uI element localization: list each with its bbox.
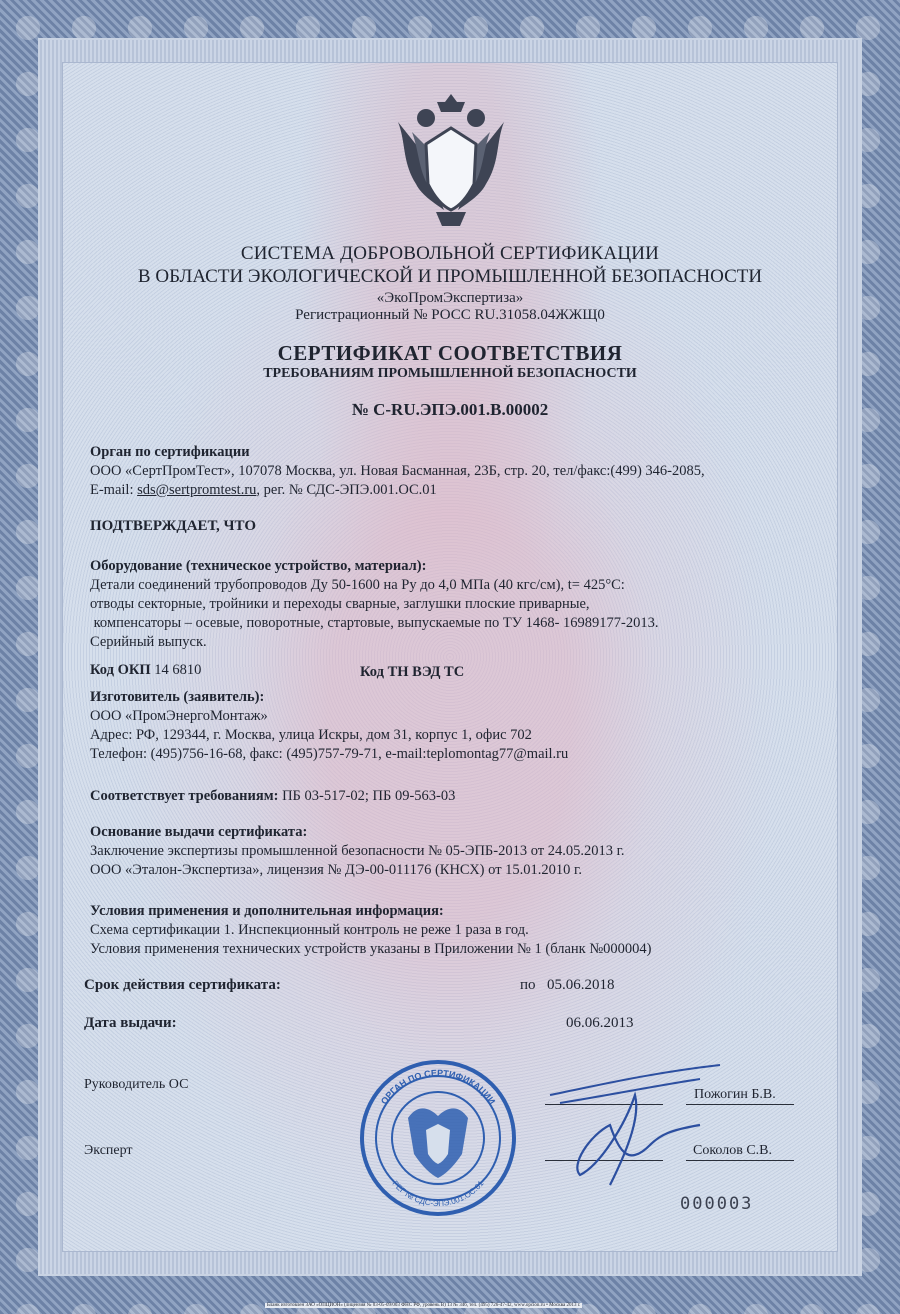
manufacturer-section: Изготовитель (заявитель): ООО «ПромЭнерг… xyxy=(90,688,810,764)
basis-heading: Основание выдачи сертификата: xyxy=(90,823,810,842)
equipment-line: Серийный выпуск. xyxy=(90,633,810,652)
expert-label: Эксперт xyxy=(84,1143,133,1159)
certification-body-heading: Орган по сертификации xyxy=(90,443,810,462)
email-link[interactable]: sds@sertpromtest.ru xyxy=(137,482,256,498)
validity-prefix: по xyxy=(520,977,536,994)
printer-imprint: Бланк изготовлен ЗАО «ОПЦИОН» (лицензия … xyxy=(265,1303,582,1308)
certification-body-address: ООО «СертПромТест», 107078 Москва, ул. Н… xyxy=(90,462,810,481)
confirms-heading: ПОДТВЕРЖДАЕТ, ЧТО xyxy=(90,517,810,536)
equipment-section: Оборудование (техническое устройство, ма… xyxy=(90,557,810,652)
tnved-code-label: Код ТН ВЭД ТС xyxy=(360,664,464,681)
conditions-heading: Условия применения и дополнительная инфо… xyxy=(90,902,810,921)
manufacturer-line: Телефон: (495)756-16-68, факс: (495)757-… xyxy=(90,745,810,764)
basis-section: Основание выдачи сертификата: Заключение… xyxy=(90,823,810,880)
system-name: «ЭкоПромЭкспертиза» xyxy=(0,290,900,307)
okp-code: Код ОКП 14 6810 xyxy=(90,662,201,679)
head-label: Руководитель ОС xyxy=(84,1077,188,1093)
basis-line: Заключение экспертизы промышленной безоп… xyxy=(90,842,810,861)
okp-label: Код ОКП xyxy=(90,662,151,678)
okp-value: 14 6810 xyxy=(151,662,202,678)
equipment-line: компенсаторы – осевые, поворотные, старт… xyxy=(90,614,810,633)
validity-label: Срок действия сертификата: xyxy=(84,977,281,994)
registration-text: , рег. № СДС-ЭПЭ.001.ОС.01 xyxy=(256,482,436,498)
system-title-line1: СИСТЕМА ДОБРОВОЛЬНОЙ СЕРТИФИКАЦИИ xyxy=(0,243,900,265)
registration-number: Регистрационный № РОСС RU.31058.04ЖЖЩ0 xyxy=(0,307,900,324)
requirements-row: Соответствует требованиям: ПБ 03-517-02;… xyxy=(90,787,810,806)
requirements-value: ПБ 03-517-02; ПБ 09-563-03 xyxy=(278,788,455,804)
validity-date: 05.06.2018 xyxy=(547,977,615,994)
manufacturer-heading: Изготовитель (заявитель): xyxy=(90,688,810,707)
system-title-line2: В ОБЛАСТИ ЭКОЛОГИЧЕСКОЙ И ПРОМЫШЛЕННОЙ Б… xyxy=(0,266,900,288)
certificate-subtitle: ТРЕБОВАНИЯМ ПРОМЫШЛЕННОЙ БЕЗОПАСНОСТИ xyxy=(0,366,900,382)
serial-number: 000003 xyxy=(680,1194,753,1214)
certificate-title: СЕРТИФИКАТ СООТВЕТСТВИЯ xyxy=(0,341,900,366)
certificate-number: № С-RU.ЭПЭ.001.В.00002 xyxy=(0,400,900,420)
requirements-label: Соответствует требованиям: xyxy=(90,788,278,804)
equipment-line: Детали соединений трубопроводов Ду 50-16… xyxy=(90,576,810,595)
manufacturer-line: ООО «ПромЭнергоМонтаж» xyxy=(90,707,810,726)
certification-stamp-icon: ОРГАН ПО СЕРТИФИКАЦИИ РЕГ № СДС-ЭПЭ.001.… xyxy=(358,1058,518,1218)
signature-mark xyxy=(540,1055,740,1205)
issue-date-label: Дата выдачи: xyxy=(84,1015,177,1032)
conditions-line: Условия применения технических устройств… xyxy=(90,940,810,959)
certification-body-section: Орган по сертификации ООО «СертПромТест»… xyxy=(90,443,810,500)
issue-date: 06.06.2013 xyxy=(566,1015,634,1032)
manufacturer-line: Адрес: РФ, 129344, г. Москва, улица Искр… xyxy=(90,726,810,745)
svg-text:РЕГ № СДС-ЭПЭ.001.ОС.01: РЕГ № СДС-ЭПЭ.001.ОС.01 xyxy=(390,1179,485,1209)
conditions-section: Условия применения и дополнительная инфо… xyxy=(90,902,810,959)
basis-line: ООО «Эталон-Экспертиза», лицензия № ДЭ-0… xyxy=(90,861,810,880)
equipment-line: отводы секторные, тройники и переходы св… xyxy=(90,595,810,614)
certification-body-contacts: E-mail: sds@sertpromtest.ru, рег. № СДС-… xyxy=(90,481,810,500)
email-label: E-mail: xyxy=(90,482,137,498)
conditions-line: Схема сертификации 1. Инспекционный конт… xyxy=(90,921,810,940)
equipment-heading: Оборудование (техническое устройство, ма… xyxy=(90,557,810,576)
